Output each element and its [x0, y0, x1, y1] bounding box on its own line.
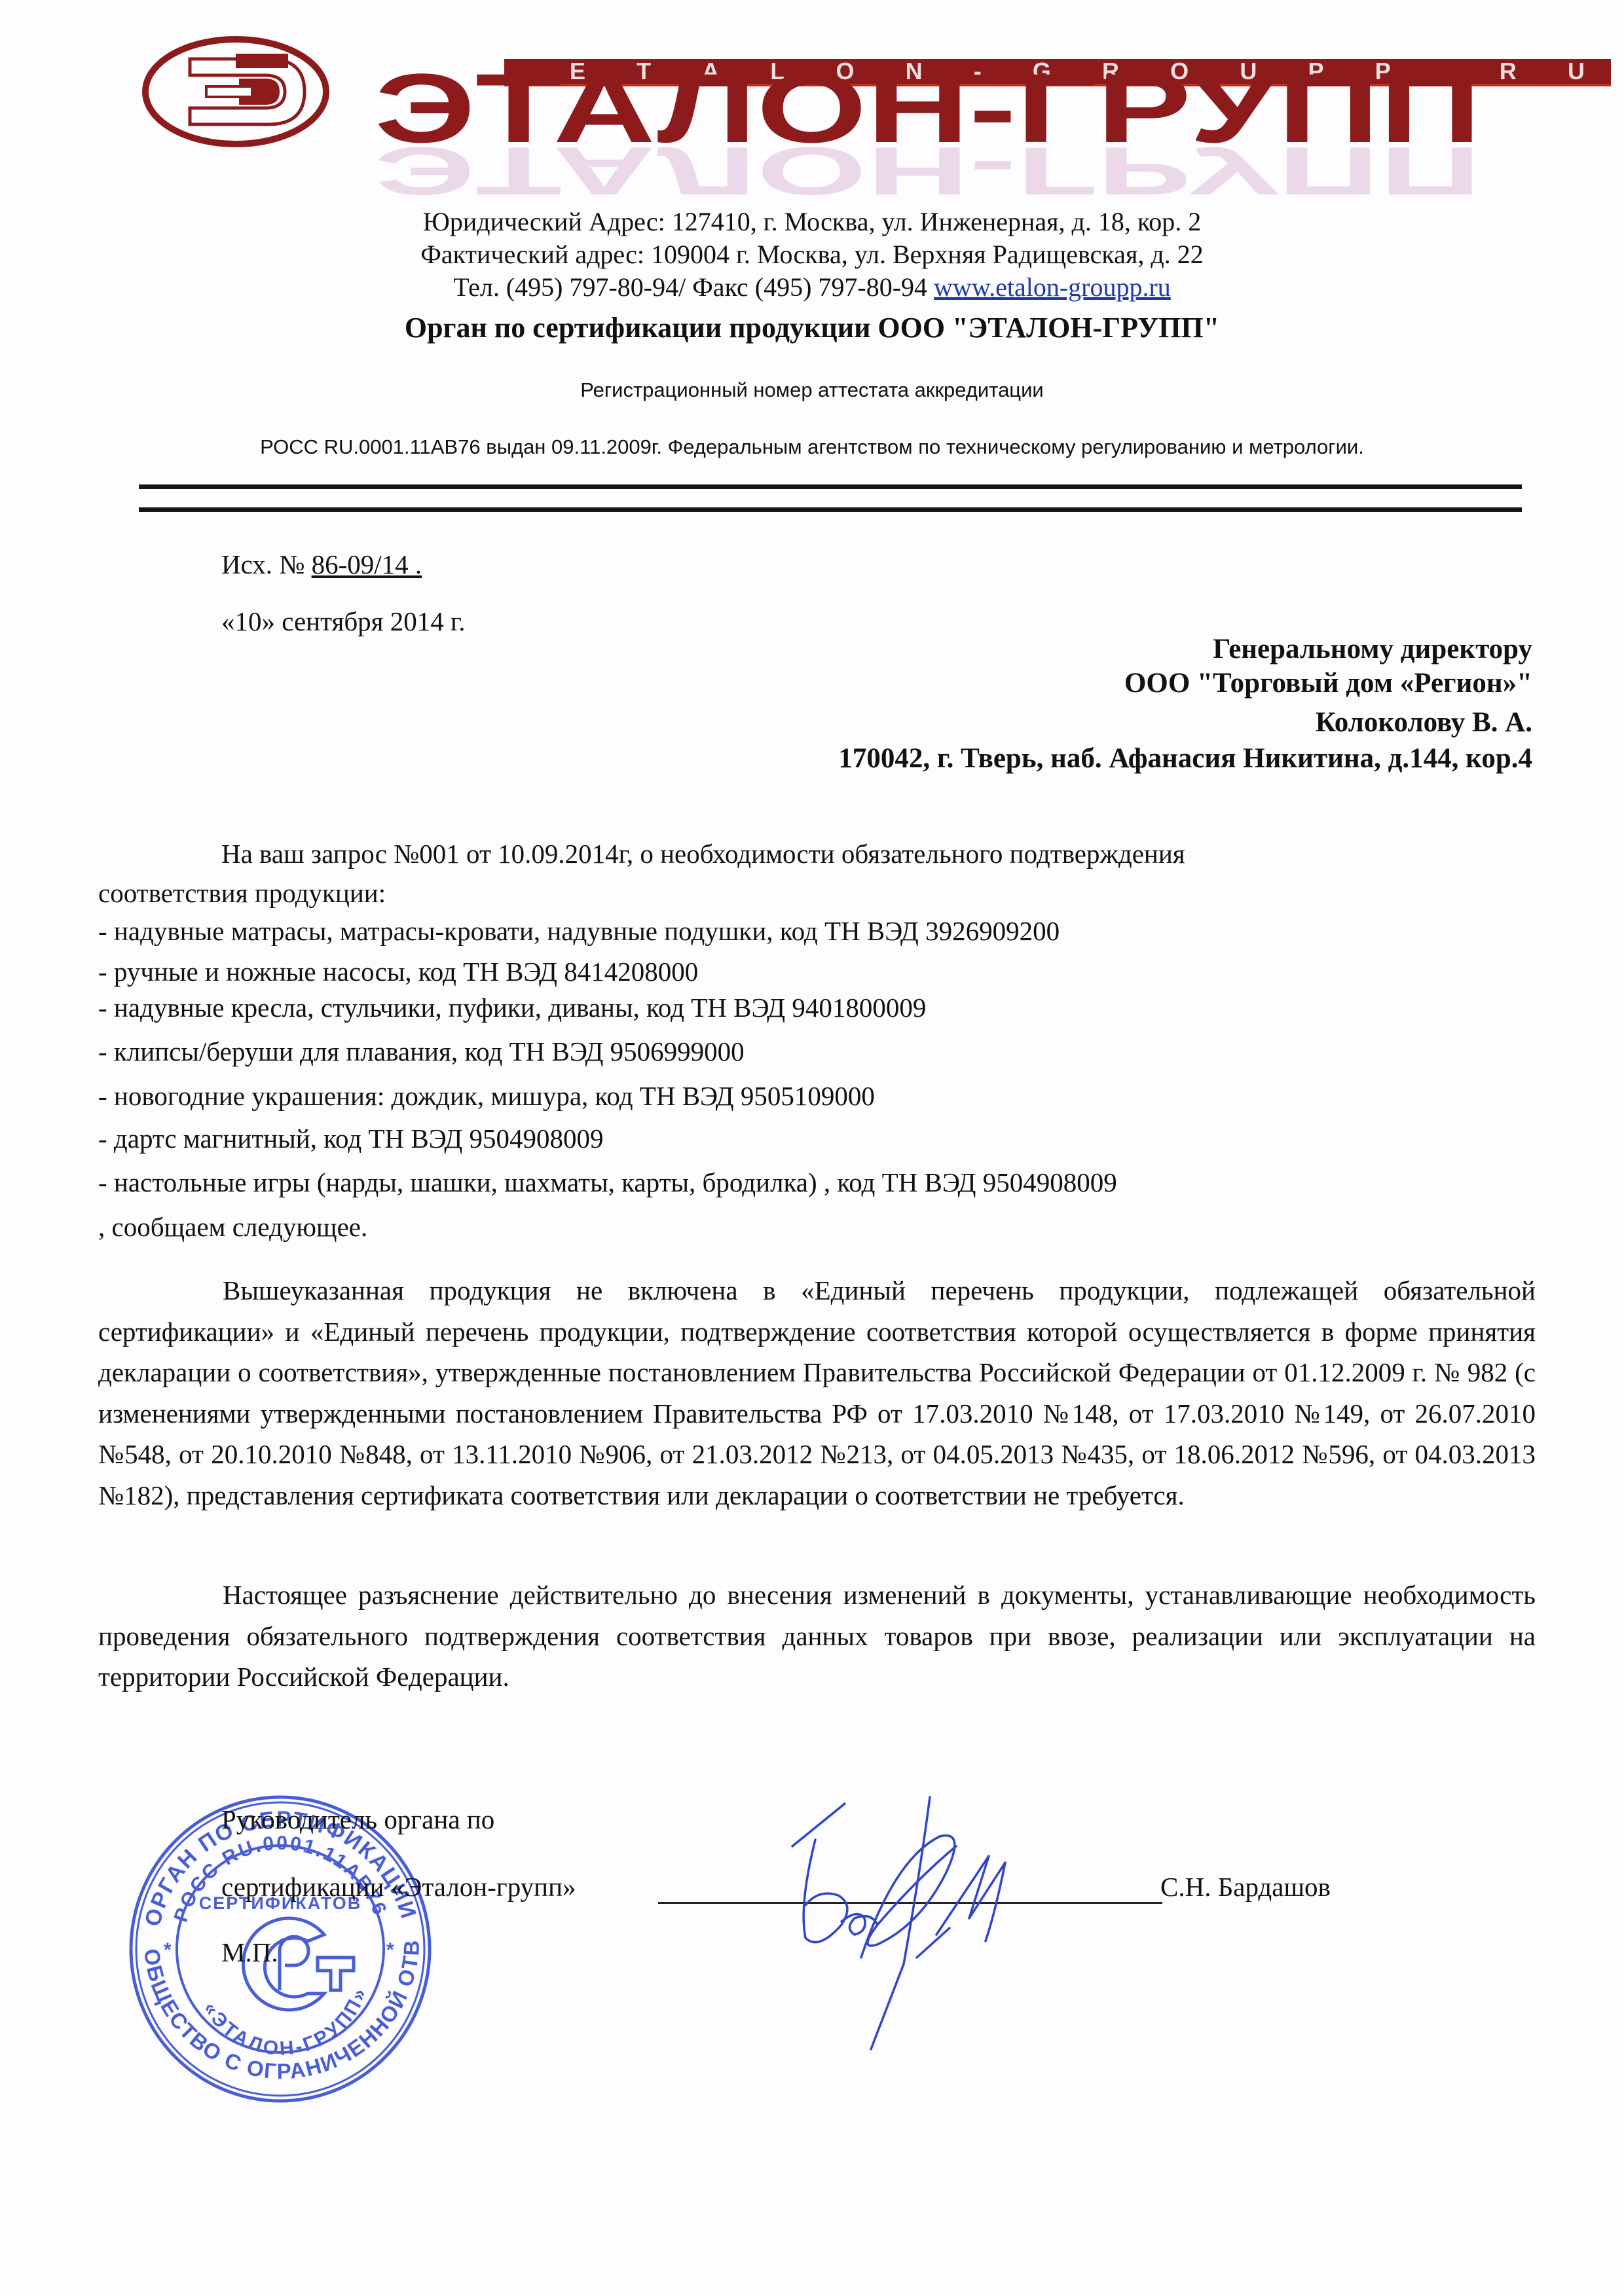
header-divider-bottom	[139, 507, 1522, 512]
round-seal-stamp-icon: ОРГАН ПО СЕРТИФИКАЦИИ РОСС RU.0001.11АВ7…	[128, 1794, 435, 2105]
certification-body-title: Орган по сертификации продукции ООО "ЭТА…	[0, 311, 1624, 344]
signatory-name: С.Н. Бардашов	[1160, 1871, 1331, 1903]
product-item: - дартс магнитный, код ТН ВЭД 9504908009	[98, 1123, 604, 1154]
logo-wordmark: ЭТАЛОН-ГРУПП	[375, 62, 1481, 147]
handwritten-signature-icon	[779, 1768, 1120, 2056]
legal-address: Юридический Адрес: 127410, г. Москва, ул…	[0, 206, 1624, 238]
intro-end: , сообщаем следующее.	[98, 1211, 367, 1243]
recipient-company: ООО "Торговый дом «Регион»"	[1124, 668, 1532, 699]
company-logo: E T A L O N - G R O U P P . R U ЭТАЛОН-Г…	[131, 26, 1493, 183]
actual-address: Фактический адрес: 109004 г. Москва, ул.…	[0, 239, 1624, 270]
product-item: - надувные кресла, стульчики, пуфики, ди…	[98, 992, 926, 1023]
svg-text:*: *	[386, 1939, 394, 1961]
svg-text:ЭТАЛОН-ГРУПП: ЭТАЛОН-ГРУПП	[375, 144, 1481, 203]
recipient-address: 170042, г. Тверь, наб. Афанасия Никитина…	[838, 743, 1532, 774]
seal-placeholder-label: М.П.	[221, 1937, 278, 1968]
svg-text:*: *	[164, 1939, 172, 1961]
intro-line-2: соответствия продукции:	[98, 877, 386, 909]
etalon-e-emblem-icon	[141, 33, 331, 151]
phone-fax: Тел. (495) 797-80-94/ Факс (495) 797-80-…	[453, 272, 934, 302]
product-item: - новогодние украшения: дождик, мишура, …	[98, 1080, 875, 1112]
recipient-position: Генеральному директору	[1213, 634, 1532, 665]
outgoing-value: 86-09/14 .	[312, 549, 422, 579]
banner-letter: U	[1568, 58, 1585, 85]
product-item: - клипсы/беруши для плавания, код ТН ВЭД…	[98, 1036, 745, 1067]
paragraph-not-included: Вышеуказанная продукция не включена в «Е…	[98, 1270, 1536, 1516]
product-item: - настольные игры (нарды, шашки, шахматы…	[98, 1167, 1117, 1198]
banner-letter: R	[1500, 58, 1517, 85]
header-divider-top	[139, 484, 1522, 489]
svg-text:ЭТАЛОН-ГРУПП: ЭТАЛОН-ГРУПП	[375, 62, 1481, 147]
letter-date: «10» сентября 2014 г.	[221, 606, 465, 637]
contact-line: Тел. (495) 797-80-94/ Факс (495) 797-80-…	[0, 272, 1624, 303]
paragraph-validity: Настоящее разъяснение действительно до в…	[98, 1575, 1536, 1698]
accreditation-label: Регистрационный номер аттестата аккредит…	[0, 378, 1624, 402]
logo-wordmark-reflection: ЭТАЛОН-ГРУПП	[375, 144, 1481, 203]
outgoing-number: Исх. № 86-09/14 .	[221, 549, 422, 580]
recipient-name: Колоколову В. А.	[1316, 707, 1532, 738]
intro-line-1: На ваш запрос №001 от 10.09.2014г, о нео…	[221, 838, 1185, 869]
signatory-title-line-2: сертификации «Эталон-групп»	[221, 1871, 576, 1903]
outgoing-label: Исх. №	[221, 549, 312, 579]
signatory-title-line-1: Руководитель органа по	[221, 1804, 494, 1835]
product-item: - ручные и ножные насосы, код ТН ВЭД 841…	[98, 956, 698, 987]
accreditation-details: РОСС RU.0001.11АВ76 выдан 09.11.2009г. Ф…	[0, 435, 1624, 459]
website-link[interactable]: www.etalon-groupp.ru	[934, 272, 1171, 302]
product-item: - надувные матрасы, матрасы-кровати, над…	[98, 915, 1060, 947]
